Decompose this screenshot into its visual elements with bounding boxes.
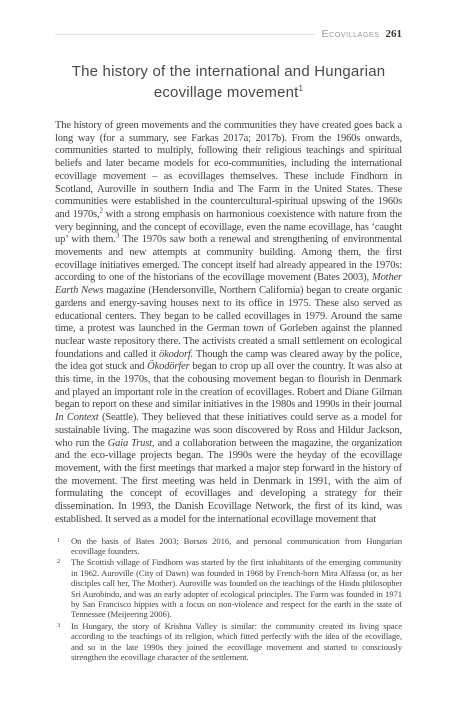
footnote-text: In Hungary, the story of Krishna Valley … — [71, 621, 402, 663]
page-number: 261 — [386, 28, 403, 40]
running-header-section-label: Ecovillages — [322, 28, 380, 40]
footnote-marker: 2 — [55, 557, 71, 567]
body-paragraph: The history of green movements and the c… — [55, 120, 402, 527]
footnotes-section: 1 On the basis of Bates 2003; Borsos 201… — [55, 536, 402, 663]
book-page: Ecovillages 261 The history of the inter… — [0, 0, 457, 708]
footnote-text: On the basis of Bates 2003; Borsos 2016,… — [71, 536, 402, 557]
footnote-marker: 1 — [55, 536, 71, 546]
chapter-title: The history of the international and Hun… — [55, 61, 402, 103]
footnote-marker: 3 — [55, 621, 71, 631]
header-rule — [55, 34, 315, 35]
footnote: 2 The Scottish village of Findhorn was s… — [55, 557, 402, 619]
footnote: 3 In Hungary, the story of Krishna Valle… — [55, 621, 402, 663]
footnote: 1 On the basis of Bates 2003; Borsos 201… — [55, 536, 402, 557]
running-header: Ecovillages 261 — [55, 27, 402, 41]
footnote-text: The Scottish village of Findhorn was sta… — [71, 557, 402, 619]
